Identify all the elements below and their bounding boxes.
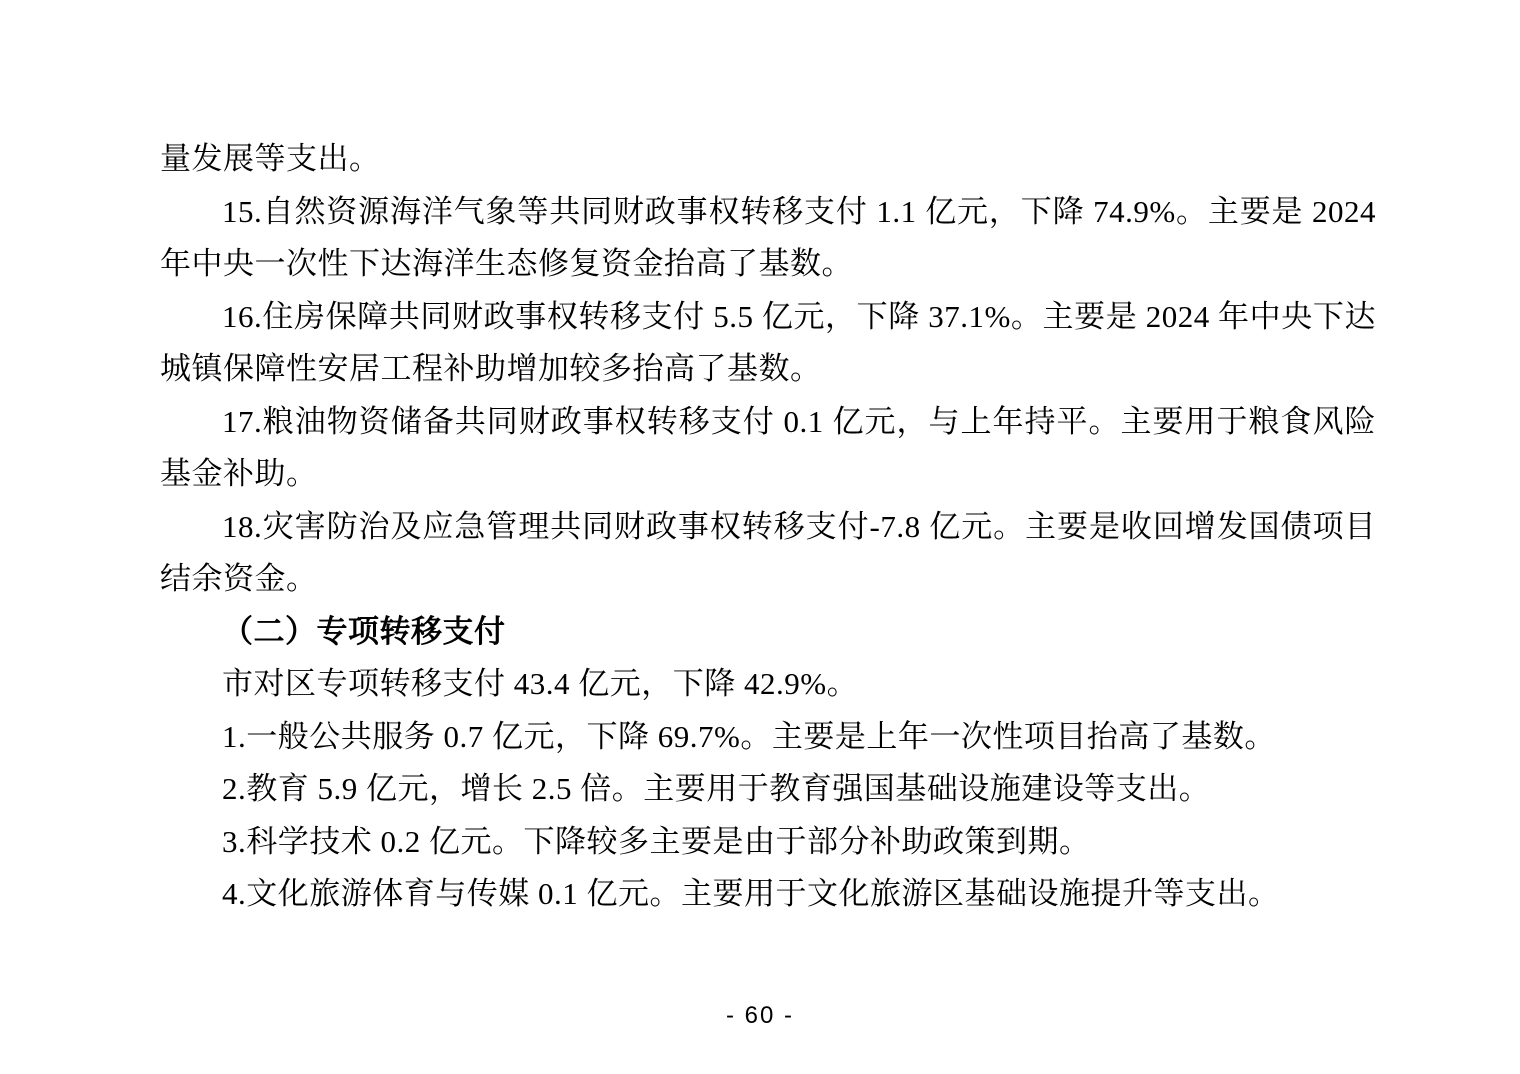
paragraph-continuation-expenditure: 量发展等支出。 (160, 133, 1376, 186)
paragraph-item-2-education: 2.教育 5.9 亿元，增长 2.5 倍。主要用于教育强国基础设施建设等支出。 (160, 763, 1376, 816)
paragraph-item-1-general-public-services: 1.一般公共服务 0.7 亿元，下降 69.7%。主要是上年一次性项目抬高了基数… (160, 711, 1376, 764)
paragraph-item-18-disaster-prevention: 18.灾害防治及应急管理共同财政事权转移支付-7.8 亿元。主要是收回增发国债项… (160, 501, 1376, 606)
document-page: 量发展等支出。 15.自然资源海洋气象等共同财政事权转移支付 1.1 亿元，下降… (0, 0, 1520, 1074)
paragraph-city-to-district-total: 市对区专项转移支付 43.4 亿元，下降 42.9%。 (160, 658, 1376, 711)
paragraph-item-15-natural-resources: 15.自然资源海洋气象等共同财政事权转移支付 1.1 亿元，下降 74.9%。主… (160, 186, 1376, 291)
paragraph-item-17-grain-reserves: 17.粮油物资储备共同财政事权转移支付 0.1 亿元，与上年持平。主要用于粮食风… (160, 396, 1376, 501)
section-heading-special-transfer-payments: （二）专项转移支付 (160, 606, 1376, 659)
page-number: - 60 - (0, 1002, 1520, 1030)
paragraph-item-3-science-technology: 3.科学技术 0.2 亿元。下降较多主要是由于部分补助政策到期。 (160, 816, 1376, 869)
paragraph-item-16-housing-security: 16.住房保障共同财政事权转移支付 5.5 亿元，下降 37.1%。主要是 20… (160, 291, 1376, 396)
paragraph-item-4-culture-tourism-sports-media: 4.文化旅游体育与传媒 0.1 亿元。主要用于文化旅游区基础设施提升等支出。 (160, 868, 1376, 921)
